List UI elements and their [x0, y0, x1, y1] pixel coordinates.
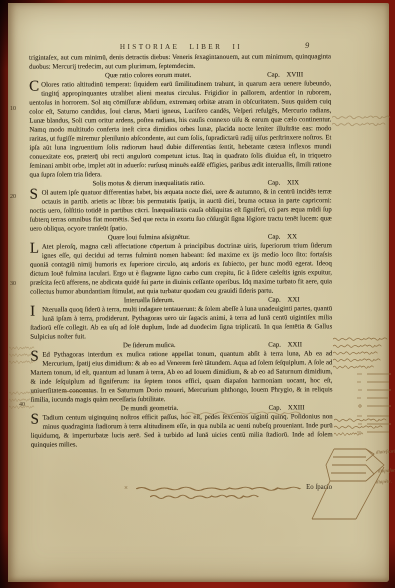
- line-number-30: 30: [10, 281, 16, 287]
- diagram-label-diapason: diapaſon.: [378, 469, 395, 475]
- handwriting-line: [332, 122, 387, 127]
- tone-dash-diagram: [353, 371, 395, 437]
- handwriting-line: [333, 337, 389, 342]
- handwriting-line: [136, 486, 306, 492]
- drop-cap: L: [30, 243, 41, 256]
- handwriting-line: [333, 365, 375, 370]
- handwriting-line: [333, 351, 379, 356]
- margin-note-right-top: [332, 112, 394, 130]
- paragraph-cap22: SEd Pythagoras interdum ex muſica ration…: [30, 349, 332, 404]
- margin-note-left-a: [9, 343, 37, 367]
- paragraph-text: Ed Pythagoras interdum ex muſica ratione…: [30, 350, 332, 403]
- handwriting-line: [186, 411, 304, 416]
- page-number: 9: [305, 40, 309, 50]
- interlinear-note-lower: [136, 483, 316, 503]
- chapter-cap: Cap. XVIII: [267, 70, 331, 79]
- drop-cap: I: [30, 306, 41, 319]
- interlinear-note-upper: [186, 408, 306, 418]
- handwriting-line: [333, 358, 382, 363]
- chapter-cap: Cap. XX: [268, 232, 332, 241]
- chapter-cap: Cap. XXII: [268, 340, 332, 349]
- paragraph-cap18: COlores ratio altitudinū temperat: ſiqui…: [29, 79, 331, 179]
- drop-cap: S: [30, 189, 41, 202]
- diagram-label-diatessaron: diateſsarō.: [376, 449, 395, 455]
- line-number-10: 10: [10, 106, 16, 112]
- drop-cap: C: [29, 81, 40, 94]
- drop-cap: S: [31, 414, 42, 427]
- paragraph-cap21: INterualla quoq ſiderū à terra, multi in…: [30, 304, 332, 341]
- handwriting-line: [9, 353, 33, 358]
- margin-note-right-list: [333, 334, 393, 372]
- line-number-20: 20: [10, 194, 16, 200]
- paragraph-text: Olores ratio altitudinū temperat: ſiquid…: [29, 80, 331, 178]
- handwriting-line: [333, 344, 383, 349]
- running-header: HISTORIAE LIBER II: [30, 43, 332, 51]
- paragraph-cap19: SOl autem ipſe quatuor differentias habe…: [30, 187, 332, 233]
- paragraph-cap20: LAtet pleroſq, magna cæli affectatione c…: [30, 241, 332, 296]
- handwriting-line: [9, 405, 35, 410]
- handwriting-line: [9, 346, 35, 351]
- paragraph-text: Atet pleroſq, magna cæli affectatione cō…: [30, 242, 332, 295]
- paragraph-text: Ol autem ipſe quatuor differentias habet…: [30, 188, 332, 232]
- ink-underline: [63, 391, 93, 392]
- interlinear-x-mark: ×: [124, 484, 128, 492]
- page: HISTORIAE LIBER II 9 10 20 30 40 trigint…: [8, 3, 389, 582]
- book-scan: HISTORIAE LIBER II 9 10 20 30 40 trigint…: [0, 0, 395, 588]
- handwriting-line: [150, 494, 262, 500]
- margin-note-left-b: [9, 388, 39, 412]
- chapter-cap: Cap. XIX: [268, 178, 332, 187]
- main-text-block: trigintaſex, aut cum minimū, denis detra…: [29, 52, 333, 501]
- handwriting-line: [9, 398, 31, 403]
- chapter-cap: Cap. XXI: [268, 295, 332, 304]
- paragraph-text: Nterualla quoq ſiderū à terra, multi ind…: [30, 305, 332, 340]
- diagram-label-diapente: diapēte.: [376, 480, 392, 486]
- handwriting-line: [9, 360, 36, 365]
- handwriting-line: [9, 391, 37, 396]
- handwriting-line: [332, 115, 392, 120]
- paragraph-continuation: trigintaſex, aut cum minimū, denis detra…: [29, 52, 331, 71]
- paragraph-text: Tadium centum uiginquinq noſtros efficit…: [31, 413, 333, 448]
